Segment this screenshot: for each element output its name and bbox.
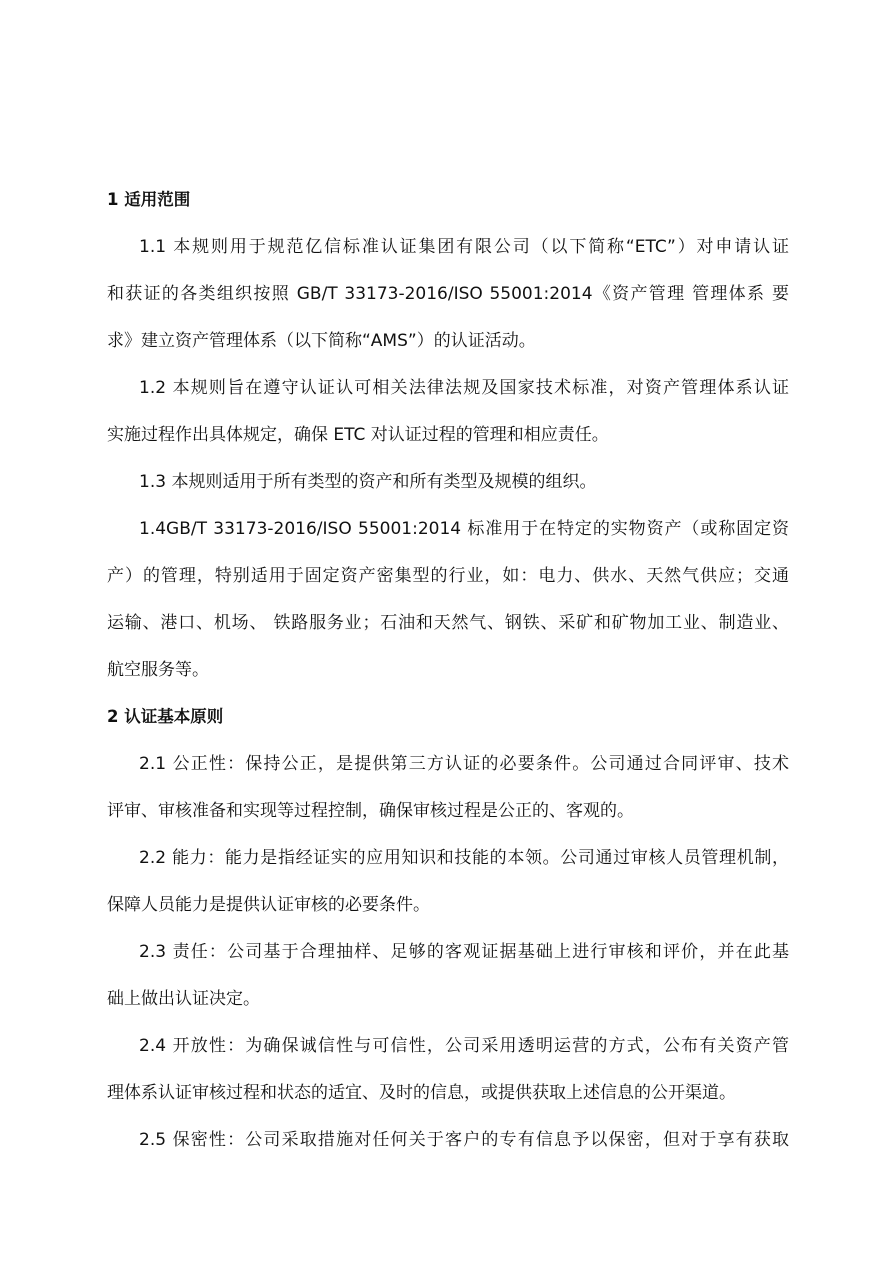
paragraph-2-4-line-1: 2.4 开放性：为确保诚信性与可信性，公司采用透明运营的方式，公布有关资产管 <box>107 1035 789 1057</box>
paragraph-1-4-line-1: 1.4GB/T 33173-2016/ISO 55001:2014 标准用于在特… <box>107 518 789 540</box>
paragraph-2-3-line-1: 2.3 责任：公司基于合理抽样、足够的客观证据基础上进行审核和评价，并在此基 <box>107 941 789 963</box>
paragraph-1-3-line-1: 1.3 本规则适用于所有类型的资产和所有类型及规模的组织。 <box>107 471 596 493</box>
section-heading-2: 2 认证基本原则 <box>107 706 223 728</box>
paragraph-1-4-line-3: 运输、港口、机场、 铁路服务业；石油和天然气、钢铁、采矿和矿物加工业、制造业、 <box>107 612 789 634</box>
paragraph-1-1-line-3: 求》建立资产管理体系（以下简称“AMS”）的认证活动。 <box>107 330 536 352</box>
section-heading-1: 1 适用范围 <box>107 189 190 211</box>
paragraph-1-4-line-4: 航空服务等。 <box>107 659 209 681</box>
paragraph-2-2-line-2: 保障人员能力是提供认证审核的必要条件。 <box>107 894 430 916</box>
paragraph-1-2-line-2: 实施过程作出具体规定，确保 ETC 对认证过程的管理和相应责任。 <box>107 424 609 446</box>
paragraph-1-4-line-2: 产）的管理，特别适用于固定资产密集型的行业，如：电力、供水、天然气供应；交通 <box>107 565 789 587</box>
paragraph-2-4-line-2: 理体系认证审核过程和状态的适宜、及时的信息，或提供获取上述信息的公开渠道。 <box>107 1082 736 1104</box>
paragraph-2-3-line-2: 础上做出认证决定。 <box>107 988 260 1010</box>
paragraph-2-2-line-1: 2.2 能力：能力是指经证实的应用知识和技能的本领。公司通过审核人员管理机制， <box>107 847 789 869</box>
paragraph-2-1-line-1: 2.1 公正性：保持公正，是提供第三方认证的必要条件。公司通过合同评审、技术 <box>107 753 789 775</box>
paragraph-1-1-line-1: 1.1 本规则用于规范亿信标准认证集团有限公司（以下简称“ETC”）对申请认证 <box>107 236 789 258</box>
paragraph-1-1-line-2: 和获证的各类组织按照 GB/T 33173-2016/ISO 55001:201… <box>107 283 789 305</box>
paragraph-2-5-line-1: 2.5 保密性：公司采取措施对任何关于客户的专有信息予以保密，但对于享有获取 <box>107 1129 789 1151</box>
paragraph-1-2-line-1: 1.2 本规则旨在遵守认证认可相关法律法规及国家技术标准，对资产管理体系认证 <box>107 377 789 399</box>
paragraph-2-1-line-2: 评审、审核准备和实现等过程控制，确保审核过程是公正的、客观的。 <box>107 800 634 822</box>
